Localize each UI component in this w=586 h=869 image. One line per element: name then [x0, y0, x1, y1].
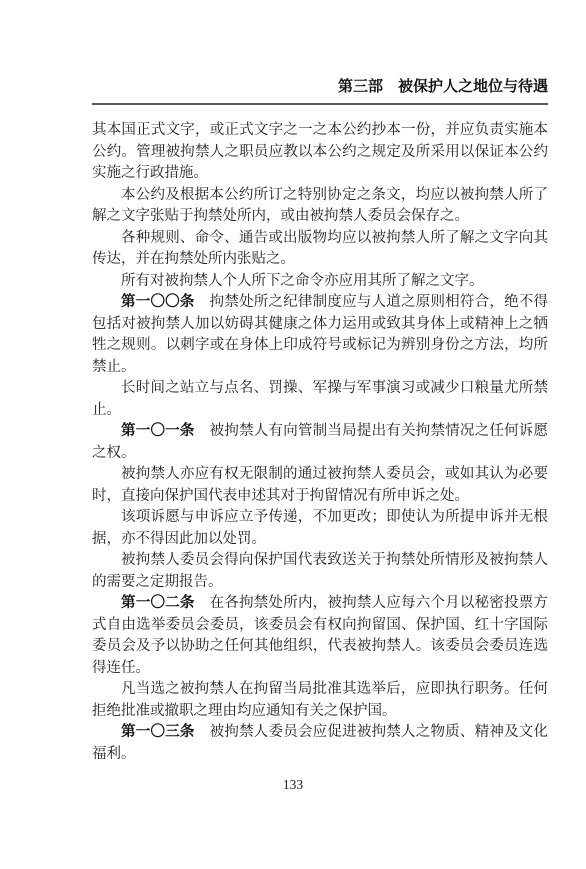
- article-number: 第一〇三条: [121, 724, 195, 740]
- page-number: 133: [0, 777, 586, 793]
- paragraph: 被拘禁人亦应有权无限制的通过被拘禁人委员会，或如其认为必要时，直接向保护国代表申…: [92, 464, 548, 507]
- body-text: 其本国正式文字，或正式文字之一之本公约抄本一份，并应负责实施本公约。管理被拘禁人…: [92, 120, 548, 765]
- paragraph-text: 其本国正式文字，或正式文字之一之本公约抄本一份，并应负责实施本公约。管理被拘禁人…: [92, 122, 548, 181]
- document-page: 第三部被保护人之地位与待遇 其本国正式文字，或正式文字之一之本公约抄本一份，并应…: [0, 0, 586, 869]
- paragraph: 各种规则、命令、通告或出版物均应以被拘禁人所了解之文字向其传达，并在拘禁处所内张…: [92, 228, 548, 271]
- running-head: 第三部被保护人之地位与待遇: [92, 0, 548, 96]
- part-label: 第三部: [338, 78, 383, 95]
- paragraph-text: 所有对被拘禁人个人所下之命令亦应用其所了解之文字。: [121, 273, 484, 289]
- paragraph-text: 被拘禁人亦应有权无限制的通过被拘禁人委员会，或如其认为必要时，直接向保护国代表申…: [92, 466, 548, 504]
- content-column: 第三部被保护人之地位与待遇 其本国正式文字，或正式文字之一之本公约抄本一份，并应…: [92, 0, 548, 765]
- paragraph-text: 凡当选之被拘禁人在拘留当局批准其选举后，应即执行职务。任何拒绝批准或撤职之理由均…: [92, 681, 548, 719]
- article-number: 第一〇二条: [121, 595, 195, 611]
- paragraph-text: 各种规则、命令、通告或出版物均应以被拘禁人所了解之文字向其传达，并在拘禁处所内张…: [92, 230, 548, 268]
- paragraph: 被拘禁人委员会得向保护国代表致送关于拘禁处所情形及被拘禁人的需要之定期报告。: [92, 550, 548, 593]
- paragraph-article-100: 第一〇〇条拘禁处所之纪律制度应与人道之原则相符合，绝不得包括对被拘禁人加以妨碍其…: [92, 292, 548, 378]
- paragraph: 凡当选之被拘禁人在拘留当局批准其选举后，应即执行职务。任何拒绝批准或撤职之理由均…: [92, 679, 548, 722]
- paragraph: 本公约及根据本公约所订之特别协定之条文，均应以被拘禁人所了解之文字张贴于拘禁处所…: [92, 185, 548, 228]
- paragraph-article-103: 第一〇三条被拘禁人委员会应促进被拘禁人之物质、精神及文化福利。: [92, 722, 548, 765]
- paragraph-text: 本公约及根据本公约所订之特别协定之条文，均应以被拘禁人所了解之文字张贴于拘禁处所…: [92, 187, 548, 225]
- paragraph-continuation: 其本国正式文字，或正式文字之一之本公约抄本一份，并应负责实施本公约。管理被拘禁人…: [92, 120, 548, 185]
- paragraph: 该项诉愿与申诉应立予传递，不加更改；即使认为所提申诉并无根据，亦不得因此加以处罚…: [92, 507, 548, 550]
- paragraph: 所有对被拘禁人个人所下之命令亦应用其所了解之文字。: [92, 271, 548, 293]
- article-number: 第一〇一条: [121, 423, 195, 439]
- paragraph-text: 被拘禁人委员会得向保护国代表致送关于拘禁处所情形及被拘禁人的需要之定期报告。: [92, 552, 548, 590]
- paragraph-article-102: 第一〇二条在各拘禁处所内，被拘禁人应每六个月以秘密投票方式自由选举委员会委员，该…: [92, 593, 548, 679]
- paragraph: 长时间之站立与点名、罚操、军操与军事演习或减少口粮量尤所禁止。: [92, 378, 548, 421]
- paragraph-article-101: 第一〇一条被拘禁人有向管制当局提出有关拘禁情况之任何诉愿之权。: [92, 421, 548, 464]
- paragraph-text: 该项诉愿与申诉应立予传递，不加更改；即使认为所提申诉并无根据，亦不得因此加以处罚…: [92, 509, 548, 547]
- article-number: 第一〇〇条: [121, 294, 195, 310]
- part-title: 被保护人之地位与待遇: [398, 78, 548, 95]
- paragraph-text: 长时间之站立与点名、罚操、军操与军事演习或减少口粮量尤所禁止。: [92, 380, 548, 418]
- header-rule: [92, 103, 548, 105]
